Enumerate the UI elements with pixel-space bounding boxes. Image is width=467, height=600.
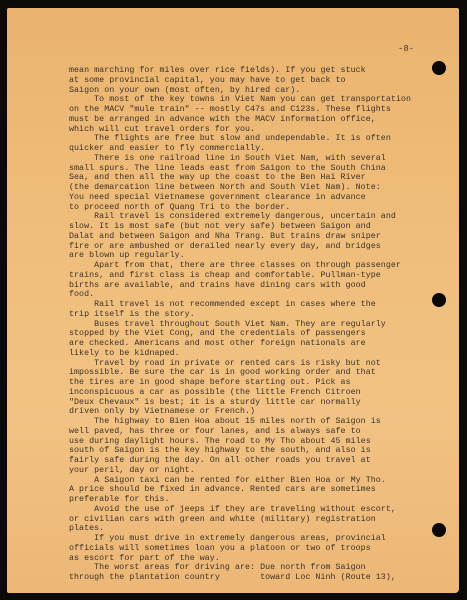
text-line: fairly safe during the day. On all other… xyxy=(69,456,439,466)
text-line: stopped by the Viet Cong, and the creden… xyxy=(69,329,439,339)
text-line: inconspicuous a car as possible (the lit… xyxy=(69,388,439,398)
text-line: small spurs. The line leads east from Sa… xyxy=(69,164,439,174)
text-line: well paved, has three or four lanes, and… xyxy=(69,427,439,437)
text-line: likely to be kidnaped. xyxy=(69,349,439,359)
text-line: which will cut travel orders for you. xyxy=(69,125,439,135)
text-line: To most of the key towns in Viet Nam you… xyxy=(69,95,439,105)
text-line: impossible. Be sure the car is in good w… xyxy=(69,368,439,378)
text-line: You need special Vietnamese government c… xyxy=(69,193,439,203)
text-line: The flights are free but slow and undepe… xyxy=(69,134,439,144)
text-line: plates. xyxy=(69,524,439,534)
page-number: -8- xyxy=(398,44,414,54)
text-line: births are available, and trains have di… xyxy=(69,281,439,291)
text-line: on the MACV "mule train" -- mostly C47s … xyxy=(69,105,439,115)
text-line: "Deux Chevaux" is best; it is a sturdy l… xyxy=(69,398,439,408)
text-line: your peril, day or night. xyxy=(69,466,439,476)
text-line: as escort for part of the way. xyxy=(69,554,439,564)
text-line: Saigon on your own (most often, by hired… xyxy=(69,86,439,96)
text-line: A price should be fixed in advance. Rent… xyxy=(69,485,439,495)
text-line: The highway to Bien Hoa about 15 miles n… xyxy=(69,417,439,427)
text-line: use during daylight hours. The road to M… xyxy=(69,437,439,447)
text-line: are checked. Americans and most other fo… xyxy=(69,339,439,349)
text-line: Sea, and then all the way up the coast t… xyxy=(69,173,439,183)
text-line: If you must drive in extremely dangerous… xyxy=(69,534,439,544)
text-line: The worst areas for driving are: Due nor… xyxy=(69,563,439,573)
document-body: mean marching for miles over rice fields… xyxy=(69,66,439,583)
text-line: Rail travel is considered extremely dang… xyxy=(69,212,439,222)
text-line: (the demarcation line between North and … xyxy=(69,183,439,193)
text-line: the tires are in good shape before start… xyxy=(69,378,439,388)
text-line: food. xyxy=(69,290,439,300)
text-line: at some provincial capital, you may have… xyxy=(69,76,439,86)
text-line: driven only by Vietnamese or French.) xyxy=(69,407,439,417)
text-line: trains, and first class is cheap and com… xyxy=(69,271,439,281)
text-line: fire or are ambushed or derailed nearly … xyxy=(69,242,439,252)
text-line: Dalat and between Saigon and Nha Trang. … xyxy=(69,232,439,242)
text-line: Buses travel throughout South Viet Nam. … xyxy=(69,320,439,330)
text-line: through the plantation country toward Lo… xyxy=(69,573,439,583)
text-line: are blown up regularly. xyxy=(69,251,439,261)
text-line: south of Saigon is the key highway to th… xyxy=(69,446,439,456)
text-line: There is one railroad line in South Viet… xyxy=(69,154,439,164)
text-line: Avoid the use of jeeps if they are trave… xyxy=(69,505,439,515)
text-line: officials will sometimes loan you a plat… xyxy=(69,544,439,554)
text-line: Apart from that, there are three classes… xyxy=(69,261,439,271)
text-line: A Saigon taxi can be rented for either B… xyxy=(69,476,439,486)
text-line: to proceed north of Quang Tri to the bor… xyxy=(69,203,439,213)
text-line: or civilian cars with green and white (m… xyxy=(69,515,439,525)
text-line: slow. It is most safe (but not very safe… xyxy=(69,222,439,232)
text-line: mean marching for miles over rice fields… xyxy=(69,66,439,76)
text-line: trip itself is the story. xyxy=(69,310,439,320)
text-line: preferable for this. xyxy=(69,495,439,505)
text-line: Travel by road in private or rented cars… xyxy=(69,359,439,369)
text-line: quicker and easier to fly commercially. xyxy=(69,144,439,154)
text-line: Rail travel is not recommended except in… xyxy=(69,300,439,310)
text-line: must be arranged in advance with the MAC… xyxy=(69,115,439,125)
